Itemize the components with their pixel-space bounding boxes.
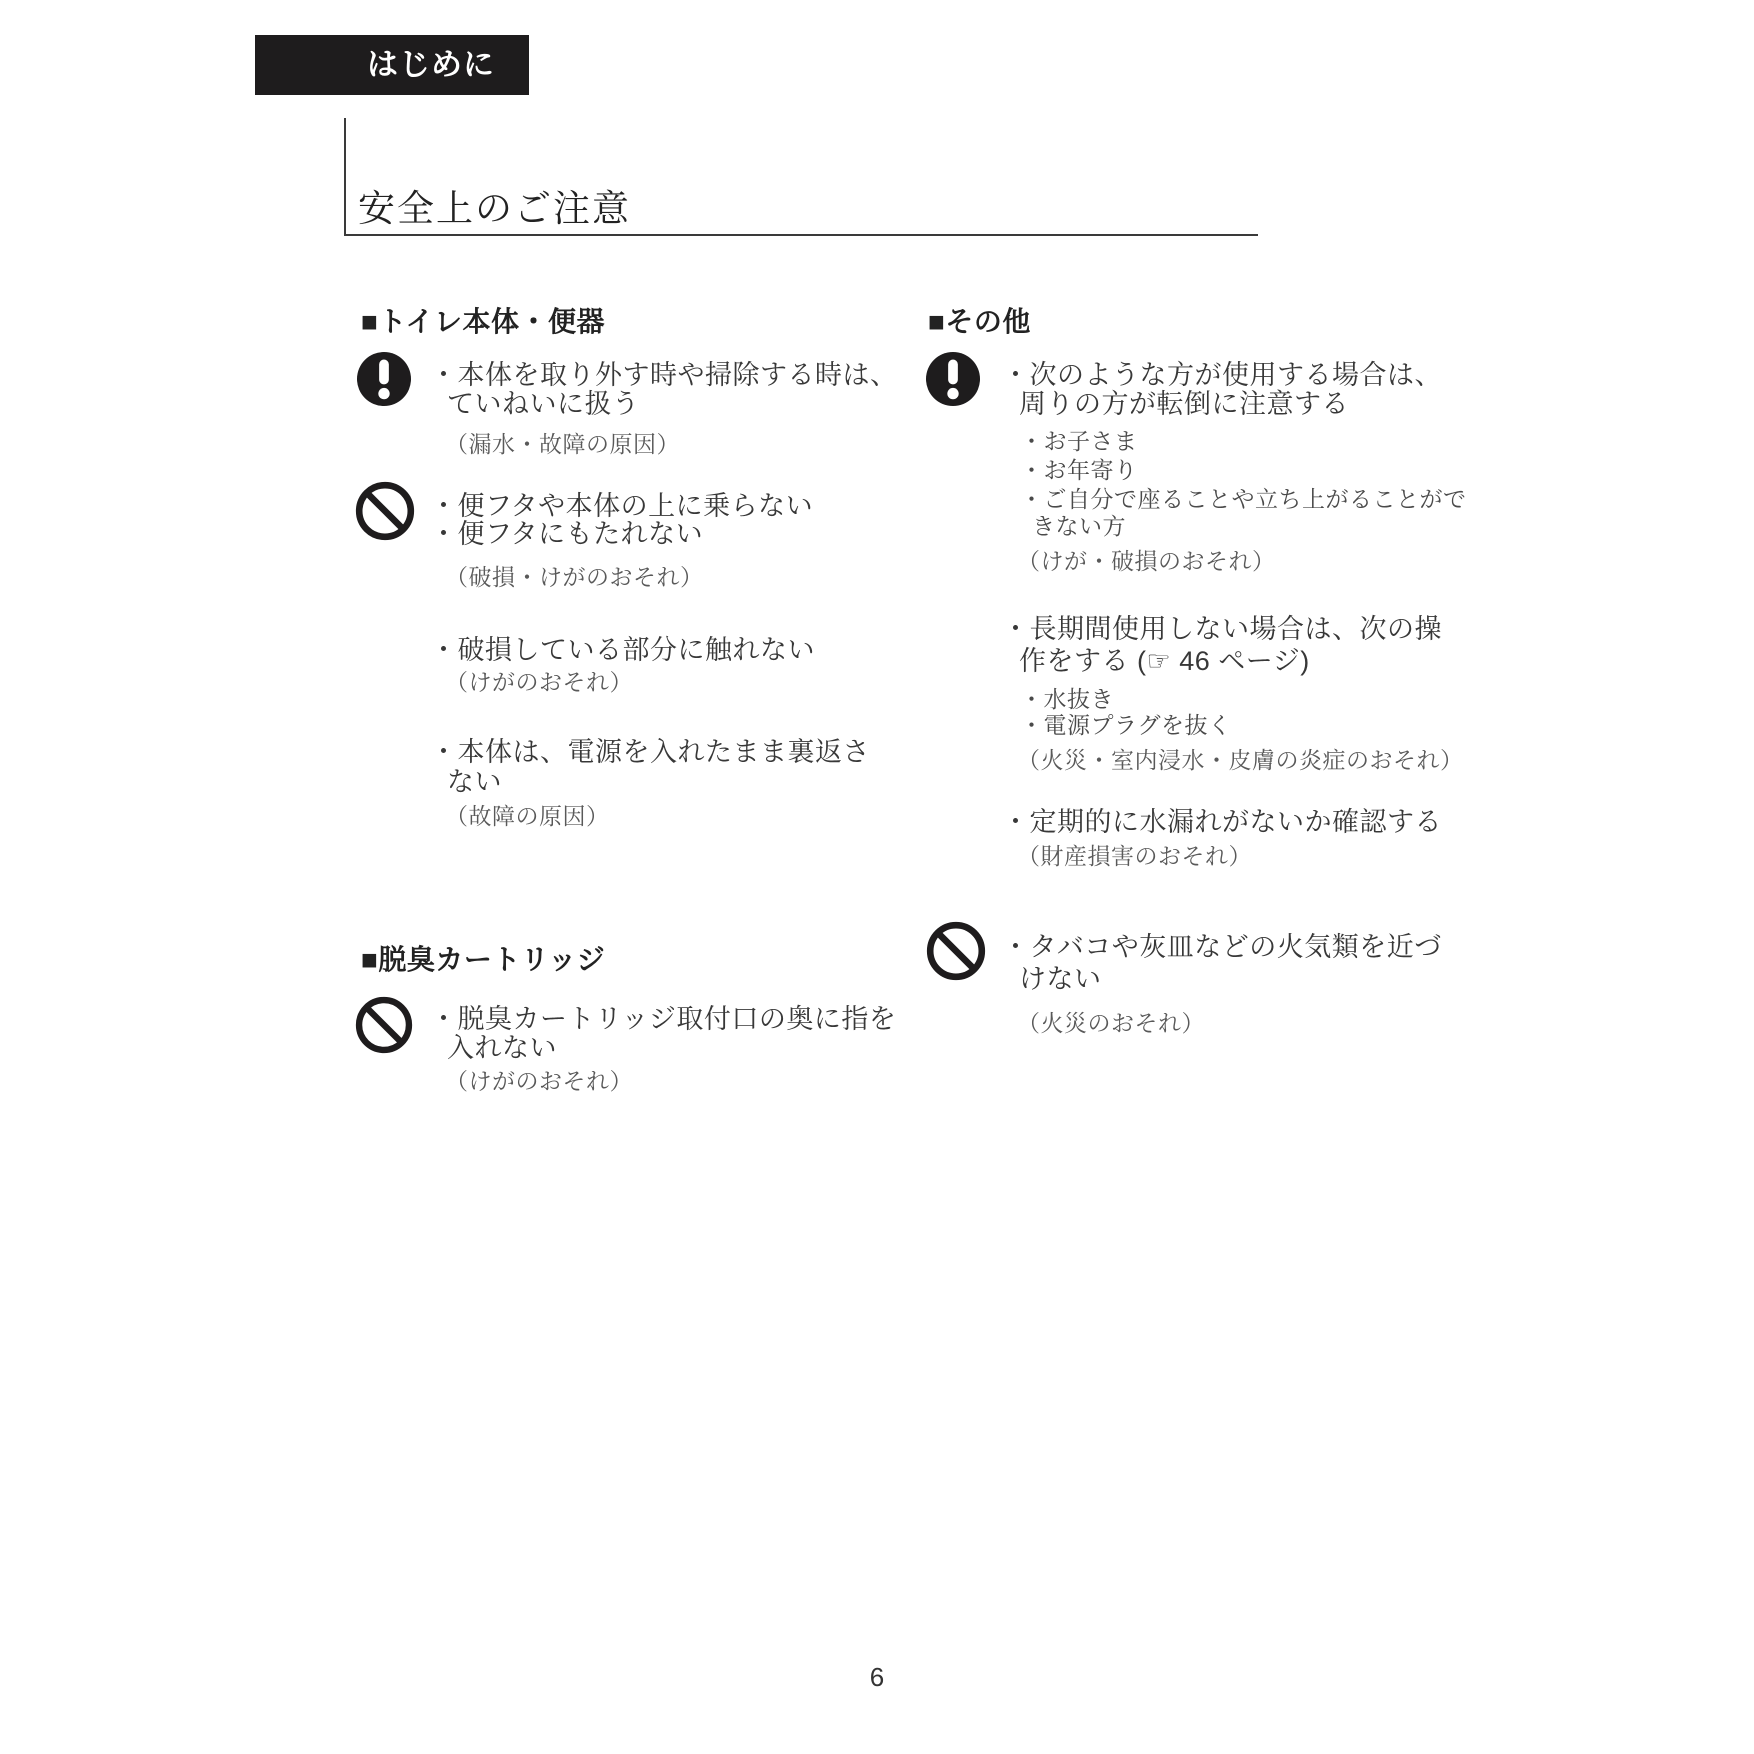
risk-note: （けがのおそれ） [445, 664, 633, 697]
risk-note: （火災のおそれ） [1017, 1005, 1205, 1038]
prohibition-circle-icon [355, 481, 415, 541]
risk-note: （漏水・故障の原因） [445, 426, 680, 459]
sub-item: きない方 [1032, 508, 1126, 541]
section-heading-toilet-body: ■トイレ本体・便器 [361, 300, 605, 340]
risk-note: （財産損害のおそれ） [1017, 838, 1252, 871]
section-heading-other: ■その他 [928, 300, 1031, 340]
title-vertical-rule [344, 118, 346, 235]
precaution-line: ・破損している部分に触れない [430, 628, 815, 667]
precaution-line: ない [447, 760, 502, 799]
page-title: 安全上のご注意 [358, 178, 631, 232]
exclamation-circle-icon [357, 352, 411, 406]
exclamation-circle-icon [926, 352, 980, 406]
risk-note: （故障の原因） [445, 798, 610, 831]
precaution-line: ・定期的に水漏れがないか確認する [1002, 800, 1442, 839]
page-number: 6 [0, 1662, 1754, 1693]
precaution-line: ・便フタにもたれない [430, 512, 703, 551]
precaution-line: ていねいに扱う [447, 382, 640, 421]
chapter-tab: はじめに [255, 35, 529, 95]
precaution-line-page-ref: 作をする (☞ 46 ページ) [1019, 639, 1310, 678]
risk-note: （破損・けがのおそれ） [445, 559, 704, 592]
section-heading-deodorizing-cartridge: ■脱臭カートリッジ [361, 938, 605, 978]
precaution-line: けない [1019, 957, 1102, 996]
title-horizontal-rule [344, 234, 1258, 236]
precaution-line: 入れない [447, 1026, 557, 1065]
risk-note: （火災・室内浸水・皮膚の炎症のおそれ） [1017, 742, 1464, 775]
prohibition-circle-icon [926, 921, 986, 981]
precaution-line: 周りの方が転倒に注意する [1019, 382, 1349, 421]
manual-page: はじめに 安全上のご注意 ■トイレ本体・便器 ・本体を取り外す時や掃除する時は、… [0, 0, 1754, 1754]
risk-note: （けが・破損のおそれ） [1017, 543, 1276, 576]
prohibition-circle-icon [355, 996, 413, 1054]
risk-note: （けがのおそれ） [445, 1063, 633, 1096]
sub-item: ・電源プラグを抜く [1020, 707, 1232, 740]
